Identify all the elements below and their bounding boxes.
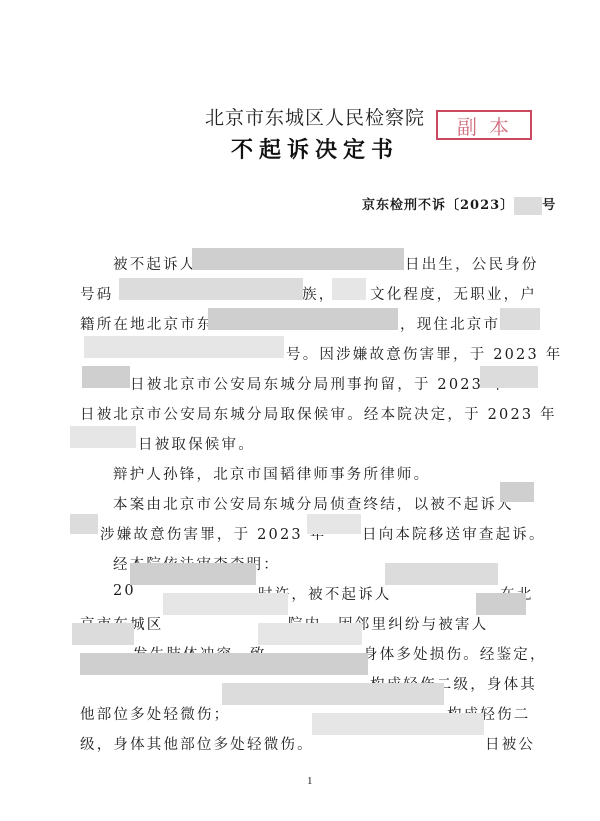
- redaction-block: [307, 514, 361, 534]
- body-text-segment: 号。因涉嫌故意伤害罪，于 2023 年: [286, 343, 562, 364]
- redaction-block: [163, 593, 288, 615]
- copy-stamp: 副本: [436, 110, 532, 140]
- redaction-block: [312, 713, 484, 735]
- body-text-segment: 日向本院移送审查起诉。: [362, 523, 546, 544]
- redaction-block: [332, 278, 366, 300]
- body-text-segment: 族，: [302, 283, 335, 304]
- body-text-segment: 日被取保候审。: [138, 433, 255, 454]
- document-number-suffix: 号: [542, 198, 556, 213]
- body-text-segment: 日被公: [485, 733, 535, 754]
- redaction-block: [192, 248, 404, 270]
- document-number-prefix: 京东检刑不诉〔2023〕: [362, 198, 514, 213]
- organization-title: 北京市东城区人民检察院: [200, 103, 430, 130]
- body-text-segment: 日出生，公民身份: [405, 253, 539, 274]
- redaction-block: [80, 653, 368, 675]
- body-text-segment: 被不起诉人: [113, 253, 197, 274]
- redaction-block: [476, 593, 526, 615]
- body-text-segment: 日被北京市公安局东城分局刑事拘留，于 2023 年: [130, 373, 507, 394]
- body-text-segment: 级，身体其他部位多处轻微伤。: [80, 733, 314, 754]
- redaction-block: [130, 563, 256, 585]
- body-text-segment: 他部位多处轻微伤；: [80, 703, 230, 724]
- redaction-block: [500, 308, 540, 330]
- body-text-segment: 本案由北京市公安局东城分局侦查终结，以被不起诉人: [113, 493, 514, 514]
- body-text-segment: 号码: [80, 283, 113, 304]
- document-title: 不起诉决定书: [220, 133, 410, 164]
- redaction-block: [480, 366, 538, 388]
- redaction-block: [72, 623, 134, 645]
- document-page: 北京市东城区人民检察院 不起诉决定书 副本 京东检刑不诉〔2023〕号 被不起诉…: [0, 0, 600, 821]
- redaction-block: [208, 308, 398, 330]
- redaction-block: [70, 426, 136, 448]
- redaction-block: [385, 563, 498, 585]
- body-text-segment: 涉嫌故意伤害罪，于 2023 年: [100, 523, 326, 544]
- body-text-segment: ，现住北京市: [400, 313, 500, 334]
- redaction-block: [84, 336, 284, 358]
- page-number: 1: [307, 775, 313, 787]
- body-text-segment: 辩护人孙锋，北京市国韬律师事务所律师。: [113, 463, 430, 484]
- body-text-segment: 身体多处损伤。经鉴定，: [363, 643, 547, 664]
- redaction-block: [500, 482, 534, 502]
- body-text-segment: 日被北京市公安局东城分局取保候审。经本院决定，于 2023 年: [80, 403, 557, 424]
- body-text-segment: 文化程度，无职业，户: [370, 283, 537, 304]
- document-number: 京东检刑不诉〔2023〕号: [362, 194, 556, 215]
- redaction-block: [514, 197, 542, 215]
- body-text-segment: 20: [113, 583, 136, 599]
- redaction-block: [70, 514, 98, 534]
- redaction-block: [82, 366, 130, 388]
- body-text-segment: 籍所在地北京市东: [80, 313, 214, 334]
- redaction-block: [222, 683, 444, 705]
- redaction-block: [258, 623, 362, 645]
- redaction-block: [119, 278, 303, 300]
